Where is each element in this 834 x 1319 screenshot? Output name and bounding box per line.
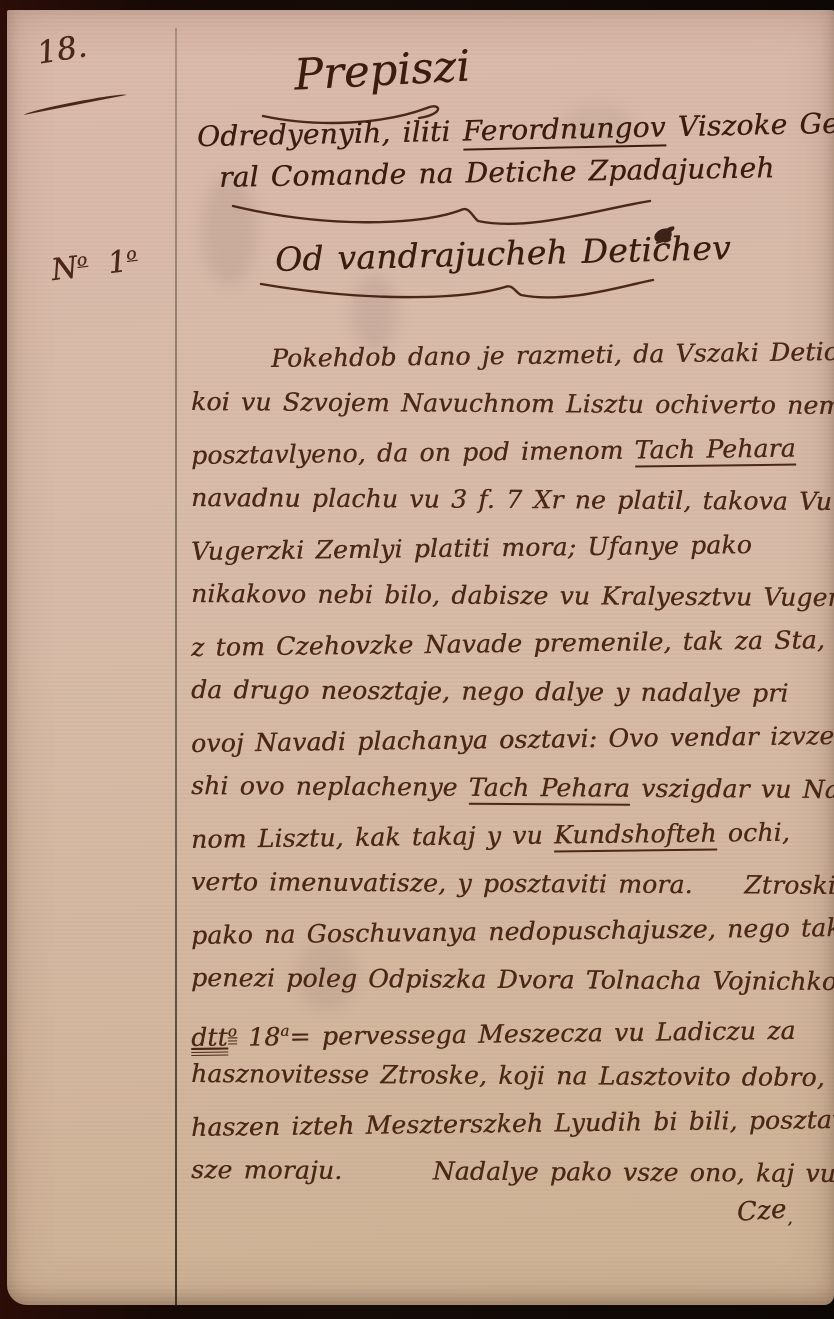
section-number-letter-sup: o	[76, 250, 89, 271]
section-number-value-sup: o	[125, 244, 138, 265]
manuscript-line: ovoj Navadi plachanya osztavi: Ovo venda…	[191, 712, 834, 768]
manuscript-line: koi vu Szvojem Navuchnom Lisztu ochivert…	[191, 378, 834, 430]
catchword-text: Cze	[736, 1194, 788, 1227]
manuscript-line: haszen izteh Meszterszkeh Lyudih bi bili…	[191, 1096, 834, 1152]
manuscript-line: navadnu plachu vu 3 f. 7 Xr ne platil, t…	[191, 474, 834, 526]
heading-underline-flourish	[257, 274, 657, 302]
page-number-underline	[24, 92, 127, 115]
manuscript-line: dtto 18a= pervessega Meszecza vu Ladiczu…	[191, 1000, 834, 1056]
scanned-manuscript-page: 18. Prepiszi Odredyenyih, iliti Ferordnu…	[0, 0, 834, 1319]
manuscript-line: posztavlyeno, da on pod imenom Tach Peha…	[191, 424, 834, 480]
catchword-mark: ,	[786, 1208, 793, 1227]
manuscript-line: z tom Czehovzke Navade premenile, tak za…	[191, 616, 834, 672]
page-number: 18.	[34, 28, 89, 71]
manuscript-line: Pokehdob dano je razmeti, da Vszaki Deti…	[191, 328, 834, 384]
manuscript-line: penezi poleg Odpiszka Dvora Tolnacha Voj…	[191, 954, 834, 1006]
title-line-1: Prepiszi	[293, 41, 472, 100]
manuscript-line: hasznovitesse Ztroske, koji na Lasztovit…	[191, 1050, 834, 1102]
manuscript-line: da drugo neosztaje, nego dalye y nadalye…	[191, 666, 834, 718]
title-underline-flourish	[229, 194, 654, 230]
manuscript-line: nikakovo nebi bilo, dabisze vu Kralyeszt…	[191, 570, 834, 622]
section-number: No1o	[49, 243, 139, 288]
manuscript-line: sze moraju.Nadalye pako vsze ono, kaj vu	[191, 1146, 834, 1198]
title-line-3: ral Comande na Detiche Zpadajucheh	[219, 151, 775, 194]
manuscript-line: shi ovo neplachenye Tach Pehara vszigdar…	[191, 762, 834, 814]
margin-ruling-line	[175, 28, 177, 1305]
manuscript-line: pako na Goschuvanya nedopuschajusze, neg…	[191, 904, 834, 960]
manuscript-line: Vugerzki Zemlyi platiti mora; Ufanye pak…	[191, 520, 834, 576]
catchword: Cze,	[736, 1194, 793, 1231]
body-text: Pokehdob dano je razmeti, da Vszaki Deti…	[191, 332, 834, 1196]
manuscript-line: verto imenuvatisze, y posztaviti mora.Zt…	[191, 858, 834, 910]
manuscript-line: nom Lisztu, kak takaj y vu Kundshofteh o…	[191, 808, 834, 864]
paper: 18. Prepiszi Odredyenyih, iliti Ferordnu…	[7, 10, 834, 1305]
